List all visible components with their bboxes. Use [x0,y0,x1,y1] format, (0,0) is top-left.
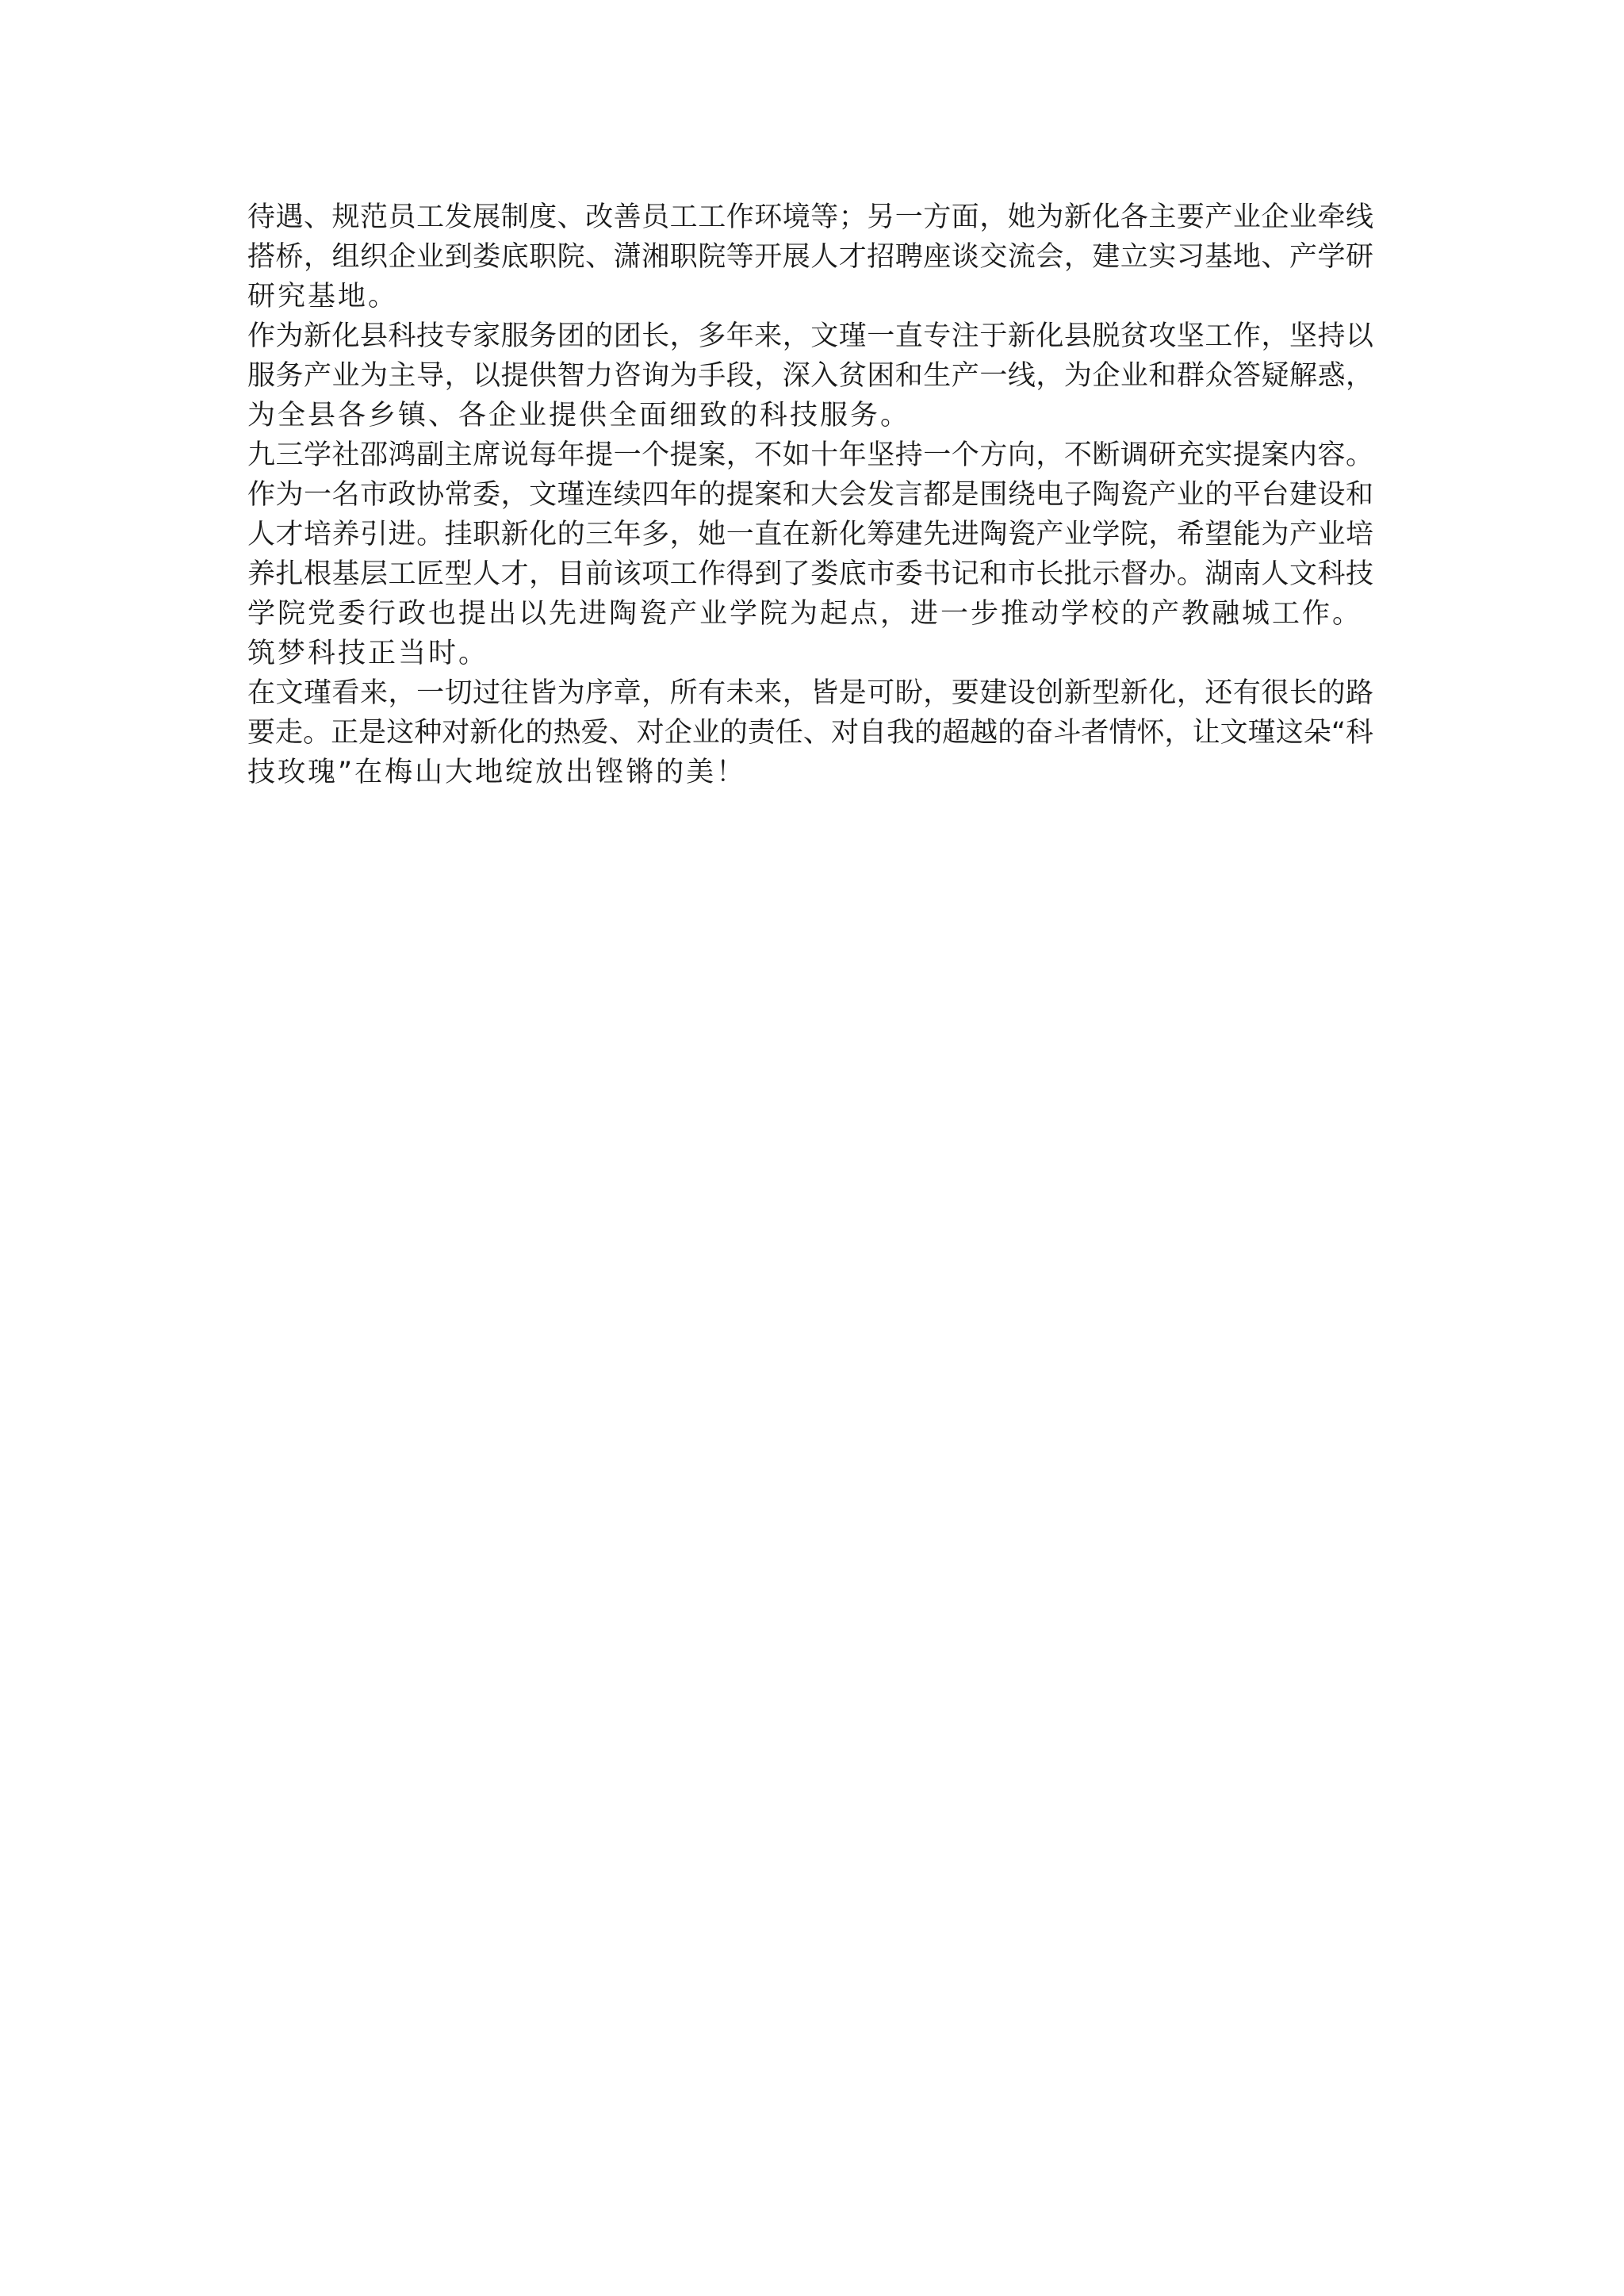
text-line: 养扎根基层工匠型人才，目前该项工作得到了娄底市委书记和市长批示督办。湖南人文科技 [247,554,1373,594]
document-page: 待遇、规范员工发展制度、改善员工工作环境等；另一方面，她为新化各主要产业企业牵线… [0,0,1624,2296]
text-line: 九三学社邵鸿副主席说每年提一个提案，不如十年坚持一个方向，不断调研充实提案内容。 [247,435,1373,475]
text-line: 作为一名市政协常委，文瑾连续四年的提案和大会发言都是围绕电子陶瓷产业的平台建设和 [247,475,1373,515]
text-line: 作为新化县科技专家服务团的团长，多年来，文瑾一直专注于新化县脱贫攻坚工作，坚持以 [247,316,1373,356]
text-line: 服务产业为主导，以提供智力咨询为手段，深入贫困和生产一线，为企业和群众答疑解惑， [247,356,1373,396]
section-line: 筑梦科技正当时。 [247,634,1373,673]
text-line: 要走。正是这种对新化的热爱、对企业的责任、对自我的超越的奋斗者情怀，让文瑾这朵“… [247,713,1373,753]
article-body: 待遇、规范员工发展制度、改善员工工作环境等；另一方面，她为新化各主要产业企业牵线… [247,197,1373,792]
text-line: 技玫瑰”在梅山大地绽放出铿锵的美！ [247,753,1373,792]
text-line: 人才培养引进。挂职新化的三年多，她一直在新化筹建先进陶瓷产业学院，希望能为产业培 [247,515,1373,554]
text-line: 学院党委行政也提出以先进陶瓷产业学院为起点，进一步推动学校的产教融城工作。 [247,594,1373,634]
text-line: 研究基地。 [247,277,1373,316]
text-line: 在文瑾看来，一切过往皆为序章，所有未来，皆是可盼，要建设创新型新化，还有很长的路 [247,673,1373,713]
text-line: 搭桥，组织企业到娄底职院、潇湘职院等开展人才招聘座谈交流会，建立实习基地、产学研 [247,237,1373,277]
text-line: 为全县各乡镇、各企业提供全面细致的科技服务。 [247,396,1373,435]
text-line: 待遇、规范员工发展制度、改善员工工作环境等；另一方面，她为新化各主要产业企业牵线 [247,197,1373,237]
